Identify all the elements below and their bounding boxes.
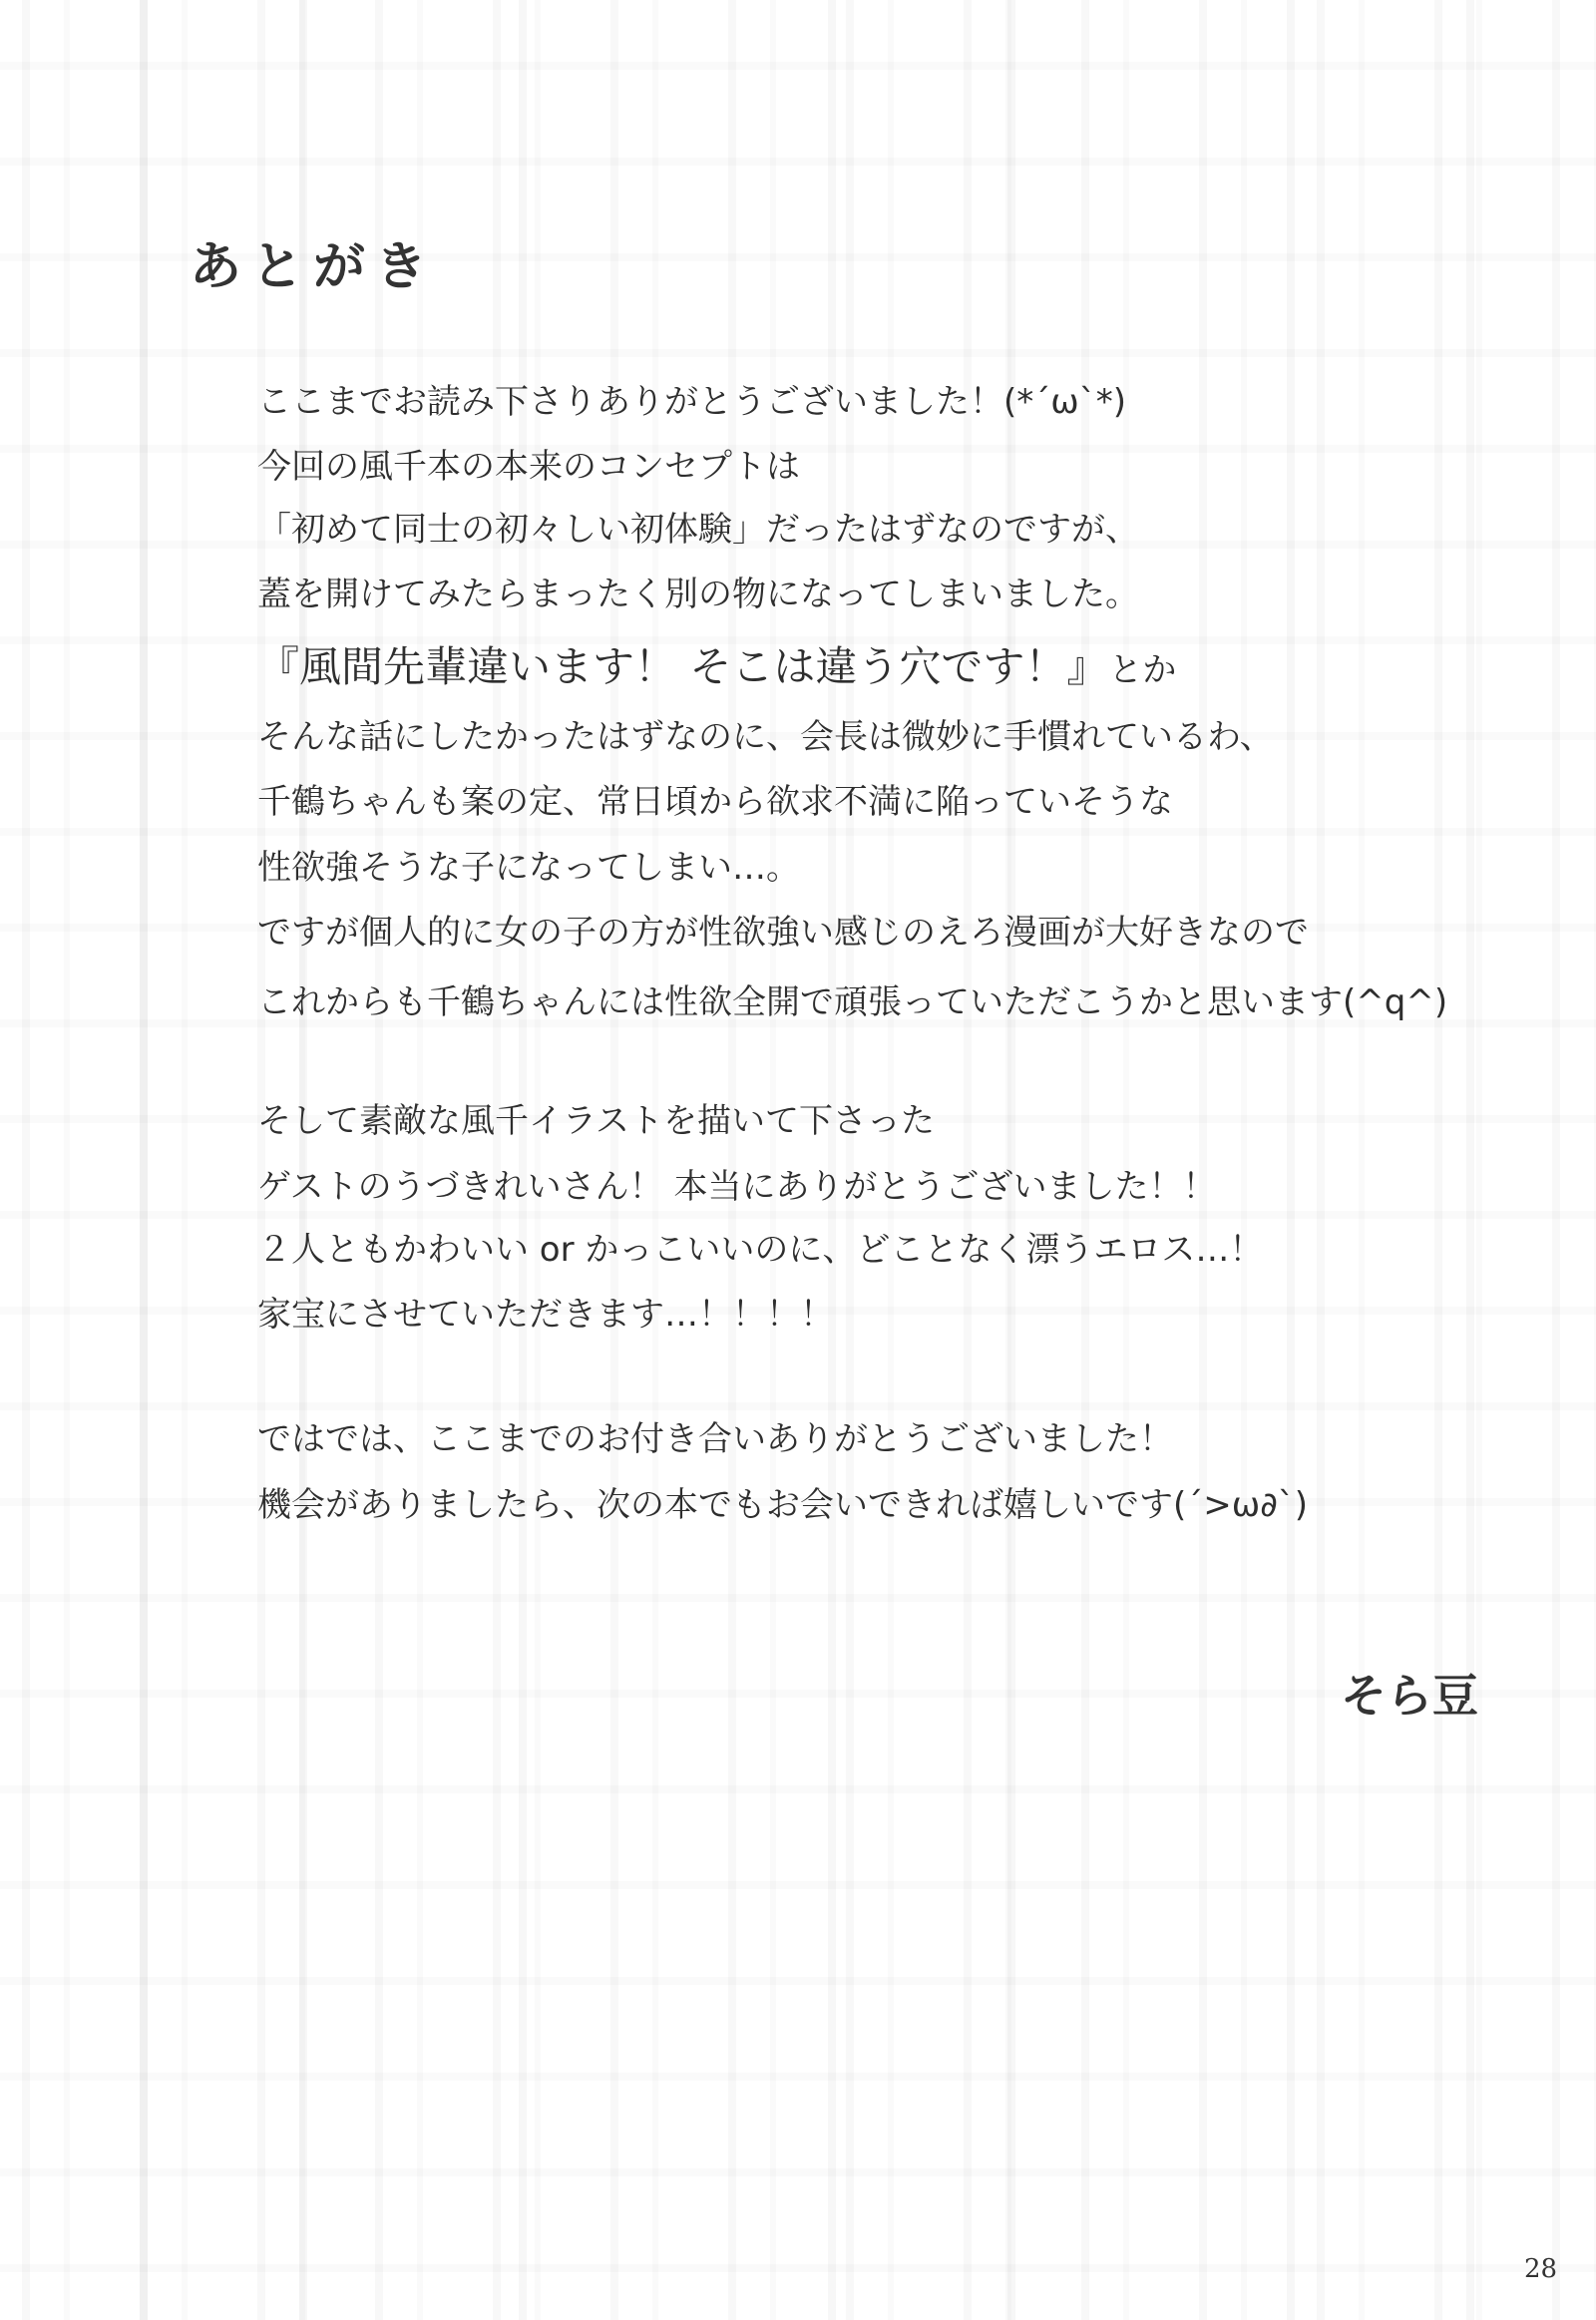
text-line: 「初めて同士の初々しい初体験」だったはずなのですが、 bbox=[257, 510, 1139, 550]
background-stripe bbox=[140, 0, 148, 2320]
text-line: そんな話にしたかったはずなのに、会長は微妙に手慣れているわ、 bbox=[257, 717, 1274, 757]
emphasis-quote: 『風間先輩違います！ そこは違う穴です！』 bbox=[257, 642, 1108, 691]
background-stripe bbox=[828, 0, 836, 2320]
emphasis-line: 『風間先輩違います！ そこは違う穴です！』とか bbox=[257, 643, 1176, 694]
page-title: あとがき bbox=[190, 237, 437, 297]
text-line: 家宝にさせていただきます…！！！！ bbox=[257, 1295, 834, 1335]
text-line: 今回の風千本の本来のコンセプトは bbox=[257, 447, 800, 487]
text-line: ではでは、ここまでのお付き合いありがとうございました！ bbox=[257, 1419, 1173, 1459]
text-line: そして素敵な風千イラストを描いて下さった bbox=[257, 1101, 935, 1141]
text-line: 機会がありましたら、次の本でもお会いできれば嬉しいです(´>ω∂`) bbox=[257, 1485, 1308, 1525]
background-stripe bbox=[1007, 0, 1015, 2320]
background-stripe bbox=[1466, 0, 1474, 2320]
text-line: ここまでお読み下さりありがとうございました！(*´ω`*) bbox=[257, 382, 1126, 422]
background-stripe bbox=[1287, 0, 1295, 2320]
text-line: 蓋を開けてみたらまったく別の物になってしまいました。 bbox=[257, 575, 1139, 614]
background-stripe bbox=[519, 0, 527, 2320]
page-number: 28 bbox=[1524, 2254, 1557, 2284]
text-line: 千鶴ちゃんも案の定、常日頃から欲求不満に陥っていそうな bbox=[257, 782, 1173, 822]
author-signature: そら豆 bbox=[1341, 1668, 1478, 1724]
background-stripe bbox=[299, 0, 307, 2320]
text-line: 性欲強そうな子になってしまい…。 bbox=[257, 848, 800, 888]
text-line: ゲストのうづきれいさん！ 本当にありがとうございました！！ bbox=[257, 1167, 1216, 1207]
emphasis-tail: とか bbox=[1108, 650, 1176, 690]
text-line: これからも千鶴ちゃんには性欲全開で頑張っていただこうかと思います(^q^) bbox=[257, 982, 1447, 1022]
text-line: ですが個人的に女の子の方が性欲強い感じのえろ漫画が大好きなので bbox=[257, 913, 1309, 953]
background-show-through bbox=[0, 0, 1596, 2320]
text-line: ２人ともかわいい or かっこいいのに、どことなく漂うエロス…！ bbox=[257, 1230, 1263, 1270]
